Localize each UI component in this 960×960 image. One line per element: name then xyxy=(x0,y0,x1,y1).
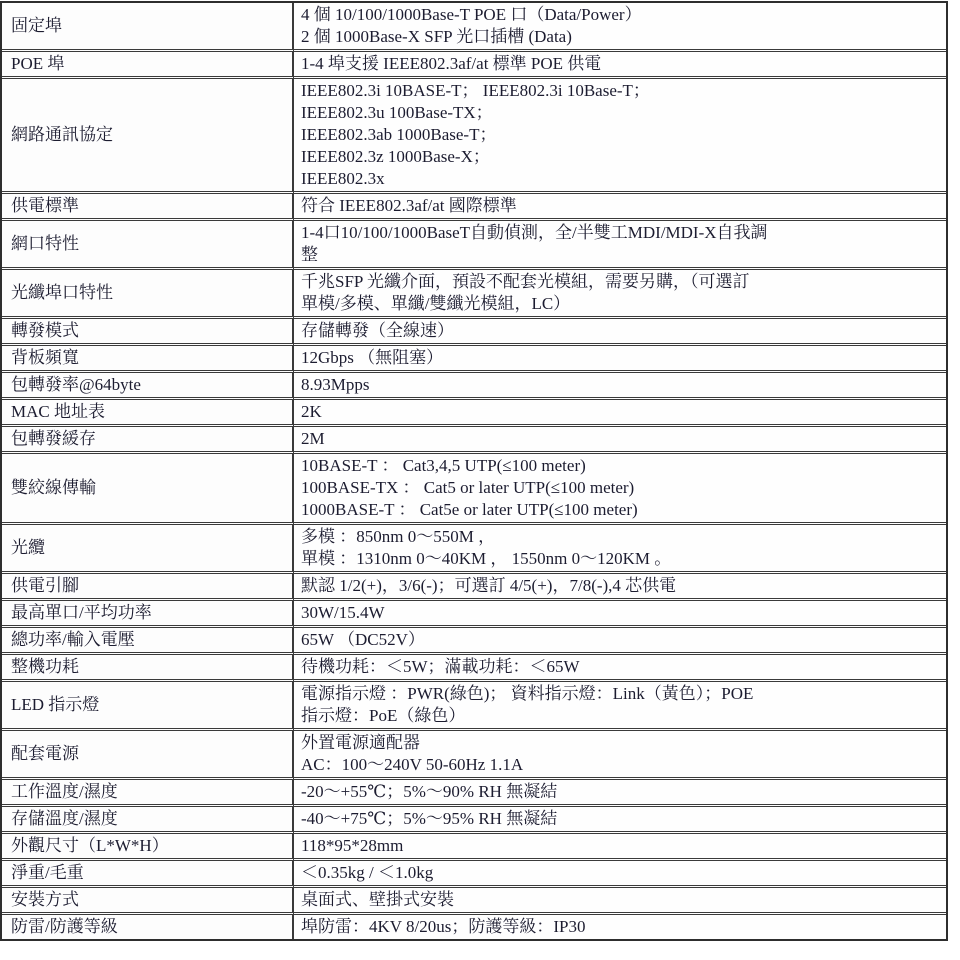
table-row: 配套電源 外置電源適配器AC：100～240V 50-60Hz 1.1A xyxy=(2,731,946,780)
spec-value-line: 4 個 10/100/1000Base-T POE 口（Data/Power） xyxy=(301,4,942,26)
spec-label: 轉發模式 xyxy=(2,319,294,346)
spec-value: 2K xyxy=(294,400,946,427)
spec-value: 外置電源適配器AC：100～240V 50-60Hz 1.1A xyxy=(294,731,946,780)
table-row: 最高單口/平均功率 30W/15.4W xyxy=(2,601,946,628)
table-row: 網口特性 1-4口10/100/1000BaseT自動偵測，全/半雙工MDI/M… xyxy=(2,221,946,270)
spec-value: 65W （DC52V） xyxy=(294,628,946,655)
spec-value: IEEE802.3i 10BASE-T； IEEE802.3i 10Base-T… xyxy=(294,79,946,194)
spec-value-line: 2K xyxy=(301,401,942,423)
spec-value-line: 2 個 1000Base-X SFP 光口插槽 (Data) xyxy=(301,26,942,48)
table-row: LED 指示燈 電源指示燈 ：PWR(綠色)； 資料指示燈：Link（黃色）；P… xyxy=(2,682,946,731)
spec-value-line: IEEE802.3z 1000Base-X； xyxy=(301,146,942,168)
spec-label: 淨重/毛重 xyxy=(2,861,294,888)
spec-label: 光纜 xyxy=(2,525,294,574)
spec-value-line: 埠防雷：4KV 8/20us；防護等級：IP30 xyxy=(301,916,942,938)
spec-value-line: 1000BASE-T ： Cat5e or later UTP(≤100 met… xyxy=(301,499,942,521)
table-row: 總功率/輸入電壓 65W （DC52V） xyxy=(2,628,946,655)
table-row: 淨重/毛重 ＜0.35kg / ＜1.0kg xyxy=(2,861,946,888)
spec-value: 埠防雷：4KV 8/20us；防護等級：IP30 xyxy=(294,915,946,939)
table-row: 工作溫度/濕度 -20～+55℃；5%～90% RH 無凝結 xyxy=(2,780,946,807)
table-row: 光纜 多模 ：850nm 0～550M ，單模 ：1310nm 0～40KM ，… xyxy=(2,525,946,574)
spec-value-line: IEEE802.3u 100Base-TX； xyxy=(301,102,942,124)
spec-label: 供電標準 xyxy=(2,194,294,221)
spec-value: 118*95*28mm xyxy=(294,834,946,861)
spec-value-line: AC：100～240V 50-60Hz 1.1A xyxy=(301,754,942,776)
spec-label: POE 埠 xyxy=(2,52,294,79)
spec-value: 2M xyxy=(294,427,946,454)
spec-value: -40～+75℃；5%～95% RH 無凝結 xyxy=(294,807,946,834)
spec-value-line: 存儲轉發（全線速） xyxy=(301,320,942,342)
table-row: POE 埠 1-4 埠支援 IEEE802.3af/at 標準 POE 供電 xyxy=(2,52,946,79)
spec-table-body: 固定埠 4 個 10/100/1000Base-T POE 口（Data/Pow… xyxy=(2,3,946,939)
table-row: 包轉發率@64byte 8.93Mpps xyxy=(2,373,946,400)
table-row: 整機功耗 待機功耗：＜5W；滿載功耗：＜65W xyxy=(2,655,946,682)
spec-label: 最高單口/平均功率 xyxy=(2,601,294,628)
spec-value-line: IEEE802.3x xyxy=(301,168,942,190)
table-row: 背板頻寬 12Gbps （無阻塞） xyxy=(2,346,946,373)
spec-label: 包轉發緩存 xyxy=(2,427,294,454)
spec-value-line: 65W （DC52V） xyxy=(301,629,942,651)
spec-value: 4 個 10/100/1000Base-T POE 口（Data/Power）2… xyxy=(294,3,946,52)
spec-value: 1-4 埠支援 IEEE802.3af/at 標準 POE 供電 xyxy=(294,52,946,79)
spec-value-line: 118*95*28mm xyxy=(301,835,942,857)
spec-value-line: 電源指示燈 ：PWR(綠色)； 資料指示燈：Link（黃色）；POE xyxy=(301,683,942,705)
spec-value-line: 8.93Mpps xyxy=(301,374,942,396)
spec-label: 總功率/輸入電壓 xyxy=(2,628,294,655)
spec-value-line: 10BASE-T ： Cat3,4,5 UTP(≤100 meter) xyxy=(301,455,942,477)
table-row: 轉發模式 存儲轉發（全線速） xyxy=(2,319,946,346)
spec-label: 工作溫度/濕度 xyxy=(2,780,294,807)
table-row: 包轉發緩存 2M xyxy=(2,427,946,454)
spec-value-line: 千兆SFP 光纖介面，預設不配套光模組，需要另購，（可選訂 xyxy=(301,271,942,293)
spec-value: 符合 IEEE802.3af/at 國際標準 xyxy=(294,194,946,221)
spec-label: 配套電源 xyxy=(2,731,294,780)
spec-label: 網路通訊協定 xyxy=(2,79,294,194)
spec-value-line: 單模 ：1310nm 0～40KM ， 1550nm 0～120KM 。 xyxy=(301,548,942,570)
table-row: 雙絞線傳輸 10BASE-T ： Cat3,4,5 UTP(≤100 meter… xyxy=(2,454,946,525)
spec-value-line: 默認 1/2(+)，3/6(-)；可選訂 4/5(+)，7/8(-),4 芯供電 xyxy=(301,575,942,597)
table-row: MAC 地址表 2K xyxy=(2,400,946,427)
spec-value-line: 符合 IEEE802.3af/at 國際標準 xyxy=(301,195,942,217)
spec-value-line: 外置電源適配器 xyxy=(301,732,942,754)
table-row: 防雷/防護等級 埠防雷：4KV 8/20us；防護等級：IP30 xyxy=(2,915,946,939)
spec-value: 10BASE-T ： Cat3,4,5 UTP(≤100 meter)100BA… xyxy=(294,454,946,525)
spec-label: 整機功耗 xyxy=(2,655,294,682)
spec-value-line: 待機功耗：＜5W；滿載功耗：＜65W xyxy=(301,656,942,678)
spec-label: 固定埠 xyxy=(2,3,294,52)
spec-label: MAC 地址表 xyxy=(2,400,294,427)
spec-label: 網口特性 xyxy=(2,221,294,270)
spec-value: ＜0.35kg / ＜1.0kg xyxy=(294,861,946,888)
spec-value-line: -40～+75℃；5%～95% RH 無凝結 xyxy=(301,808,942,830)
spec-value: 多模 ：850nm 0～550M ，單模 ：1310nm 0～40KM ， 15… xyxy=(294,525,946,574)
spec-value-line: 指示燈：PoE（綠色） xyxy=(301,705,942,727)
spec-value: 12Gbps （無阻塞） xyxy=(294,346,946,373)
spec-value-line: 1-4 埠支援 IEEE802.3af/at 標準 POE 供電 xyxy=(301,53,942,75)
spec-label: 存儲溫度/濕度 xyxy=(2,807,294,834)
spec-label: LED 指示燈 xyxy=(2,682,294,731)
table-row: 供電引腳 默認 1/2(+)，3/6(-)；可選訂 4/5(+)，7/8(-),… xyxy=(2,574,946,601)
spec-value: 千兆SFP 光纖介面，預設不配套光模組，需要另購，（可選訂單模/多模、單纖/雙纖… xyxy=(294,270,946,319)
spec-value-line: 桌面式、壁掛式安裝 xyxy=(301,889,942,911)
spec-value-line: 12Gbps （無阻塞） xyxy=(301,347,942,369)
spec-value: 默認 1/2(+)，3/6(-)；可選訂 4/5(+)，7/8(-),4 芯供電 xyxy=(294,574,946,601)
spec-value: 桌面式、壁掛式安裝 xyxy=(294,888,946,915)
spec-label: 包轉發率@64byte xyxy=(2,373,294,400)
spec-value: 8.93Mpps xyxy=(294,373,946,400)
spec-value-line: IEEE802.3ab 1000Base-T； xyxy=(301,124,942,146)
spec-label: 雙絞線傳輸 xyxy=(2,454,294,525)
spec-label: 外觀尺寸（L*W*H） xyxy=(2,834,294,861)
spec-value-line: 1-4口10/100/1000BaseT自動偵測，全/半雙工MDI/MDI-X自… xyxy=(301,222,942,244)
spec-value-line: 單模/多模、單纖/雙纖光模組，LC） xyxy=(301,293,942,315)
table-row: 安裝方式 桌面式、壁掛式安裝 xyxy=(2,888,946,915)
spec-label: 光纖埠口特性 xyxy=(2,270,294,319)
spec-label: 安裝方式 xyxy=(2,888,294,915)
spec-value-line: 整 xyxy=(301,244,942,266)
spec-value-line: -20～+55℃；5%～90% RH 無凝結 xyxy=(301,781,942,803)
spec-value-line: 2M xyxy=(301,428,942,450)
spec-value: 存儲轉發（全線速） xyxy=(294,319,946,346)
spec-value: -20～+55℃；5%～90% RH 無凝結 xyxy=(294,780,946,807)
table-row: 網路通訊協定 IEEE802.3i 10BASE-T； IEEE802.3i 1… xyxy=(2,79,946,194)
spec-value-line: 100BASE-TX ： Cat5 or later UTP(≤100 mete… xyxy=(301,477,942,499)
spec-value: 待機功耗：＜5W；滿載功耗：＜65W xyxy=(294,655,946,682)
spec-value: 電源指示燈 ：PWR(綠色)； 資料指示燈：Link（黃色）；POE指示燈：Po… xyxy=(294,682,946,731)
table-row: 供電標準 符合 IEEE802.3af/at 國際標準 xyxy=(2,194,946,221)
spec-label: 防雷/防護等級 xyxy=(2,915,294,939)
table-row: 光纖埠口特性 千兆SFP 光纖介面，預設不配套光模組，需要另購，（可選訂單模/多… xyxy=(2,270,946,319)
spec-value-line: ＜0.35kg / ＜1.0kg xyxy=(301,862,942,884)
spec-value: 30W/15.4W xyxy=(294,601,946,628)
spec-label: 供電引腳 xyxy=(2,574,294,601)
spec-value-line: IEEE802.3i 10BASE-T； IEEE802.3i 10Base-T… xyxy=(301,80,942,102)
spec-value-line: 多模 ：850nm 0～550M ， xyxy=(301,526,942,548)
spec-label: 背板頻寬 xyxy=(2,346,294,373)
spec-value: 1-4口10/100/1000BaseT自動偵測，全/半雙工MDI/MDI-X自… xyxy=(294,221,946,270)
spec-value-line: 30W/15.4W xyxy=(301,602,942,624)
table-row: 存儲溫度/濕度 -40～+75℃；5%～95% RH 無凝結 xyxy=(2,807,946,834)
table-row: 外觀尺寸（L*W*H） 118*95*28mm xyxy=(2,834,946,861)
spec-table: 固定埠 4 個 10/100/1000Base-T POE 口（Data/Pow… xyxy=(0,1,948,941)
table-row: 固定埠 4 個 10/100/1000Base-T POE 口（Data/Pow… xyxy=(2,3,946,52)
